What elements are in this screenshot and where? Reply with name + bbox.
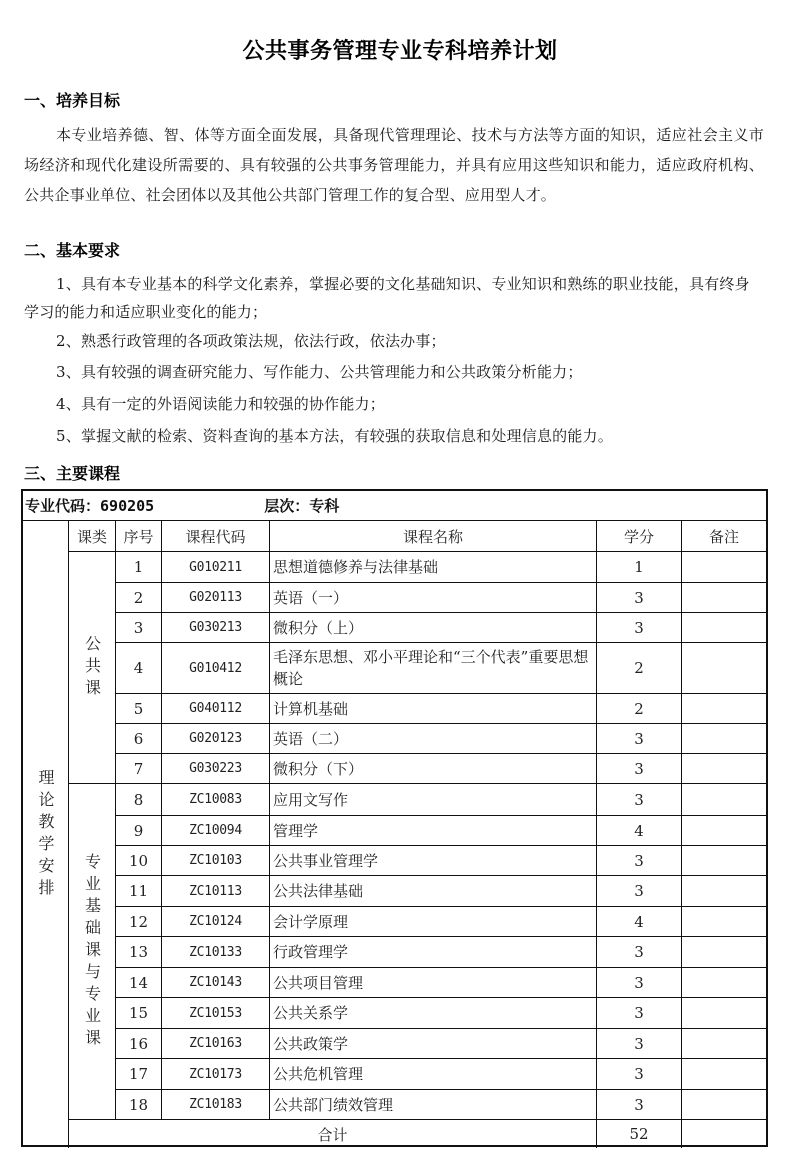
row-name: 公共关系学 <box>270 998 597 1029</box>
row-name: 应用文写作 <box>270 784 597 816</box>
row-code: ZC10083 <box>162 784 270 816</box>
row-name: 公共部门绩效管理 <box>270 1090 597 1120</box>
row-name: 公共项目管理 <box>270 968 597 998</box>
row-no: 5 <box>116 694 162 724</box>
row-credit: 3 <box>597 724 682 754</box>
row-note <box>682 694 766 724</box>
course-table: 专业代码： 690205 层次： 专科 课类序号课程代码课程名称学分备注1G01… <box>21 489 768 1147</box>
requirement-item: 4、具有一定的外语阅读能力和较强的协作能力； <box>24 390 764 418</box>
row-note <box>682 998 766 1029</box>
row-name: 毛泽东思想、邓小平理论和“三个代表”重要思想概论 <box>270 643 597 694</box>
row-name: 微积分（上） <box>270 613 597 643</box>
row-note <box>682 816 766 846</box>
total-credit: 52 <box>597 1120 682 1148</box>
row-code: ZC10163 <box>162 1029 270 1059</box>
total-label: 合计 <box>69 1120 597 1148</box>
requirement-item: 1、具有本专业基本的科学文化素养，掌握必要的文化基础知识、专业知识和熟练的职业技… <box>24 270 764 326</box>
header-category: 课类 <box>69 521 116 552</box>
section-heading-goals: 一、培养目标 <box>24 88 120 111</box>
row-credit: 3 <box>597 583 682 613</box>
row-name: 公共法律基础 <box>270 876 597 907</box>
row-no: 10 <box>116 846 162 876</box>
row-name: 公共危机管理 <box>270 1059 597 1090</box>
row-note <box>682 846 766 876</box>
row-name: 思想道德修养与法律基础 <box>270 552 597 583</box>
row-no: 13 <box>116 937 162 968</box>
row-note <box>682 1059 766 1090</box>
category-label: 公共课 <box>81 635 104 701</box>
row-credit: 3 <box>597 876 682 907</box>
section-heading-requirements: 二、基本要求 <box>24 238 120 261</box>
row-no: 3 <box>116 613 162 643</box>
row-no: 15 <box>116 998 162 1029</box>
row-note <box>682 1029 766 1059</box>
page-title: 公共事务管理专业专科培养计划 <box>0 34 800 65</box>
row-note <box>682 754 766 784</box>
row-credit: 3 <box>597 613 682 643</box>
row-note <box>682 968 766 998</box>
row-code: G010412 <box>162 643 270 694</box>
row-name: 会计学原理 <box>270 907 597 937</box>
row-code: ZC10124 <box>162 907 270 937</box>
row-credit: 3 <box>597 754 682 784</box>
row-code: ZC10094 <box>162 816 270 846</box>
row-note <box>682 643 766 694</box>
level-value: 专科 <box>309 495 339 516</box>
section-label-cell: 理论教学安排 <box>23 521 69 1148</box>
row-code: G030223 <box>162 754 270 784</box>
category-cell: 公共课 <box>69 552 116 784</box>
table-info-row: 专业代码： 690205 层次： 专科 <box>23 491 766 521</box>
row-credit: 2 <box>597 694 682 724</box>
level-label: 层次： <box>264 495 309 516</box>
row-no: 1 <box>116 552 162 583</box>
row-no: 16 <box>116 1029 162 1059</box>
row-note <box>682 583 766 613</box>
row-credit: 3 <box>597 846 682 876</box>
row-credit: 2 <box>597 643 682 694</box>
row-credit: 3 <box>597 937 682 968</box>
row-code: ZC10153 <box>162 998 270 1029</box>
row-no: 8 <box>116 784 162 816</box>
row-code: G020113 <box>162 583 270 613</box>
row-credit: 4 <box>597 907 682 937</box>
major-code-value: 690205 <box>100 497 154 515</box>
row-note <box>682 724 766 754</box>
row-name: 公共政策学 <box>270 1029 597 1059</box>
row-no: 17 <box>116 1059 162 1090</box>
section-heading-courses: 三、主要课程 <box>24 461 120 484</box>
row-code: ZC10103 <box>162 846 270 876</box>
row-code: G020123 <box>162 724 270 754</box>
requirement-item: 2、熟悉行政管理的各项政策法规，依法行政，依法办事； <box>24 327 764 355</box>
row-no: 2 <box>116 583 162 613</box>
row-credit: 3 <box>597 1059 682 1090</box>
major-code-label: 专业代码： <box>25 495 100 516</box>
row-name: 英语（一） <box>270 583 597 613</box>
section-label: 理论教学安排 <box>34 769 57 901</box>
category-cell: 专业基础课与专业课 <box>69 784 116 1120</box>
row-note <box>682 876 766 907</box>
row-code: ZC10143 <box>162 968 270 998</box>
row-no: 7 <box>116 754 162 784</box>
row-note <box>682 937 766 968</box>
row-no: 4 <box>116 643 162 694</box>
row-note <box>682 613 766 643</box>
row-name: 公共事业管理学 <box>270 846 597 876</box>
row-no: 6 <box>116 724 162 754</box>
row-credit: 3 <box>597 784 682 816</box>
row-name: 行政管理学 <box>270 937 597 968</box>
row-credit: 3 <box>597 998 682 1029</box>
row-credit: 1 <box>597 552 682 583</box>
row-note <box>682 784 766 816</box>
row-note <box>682 552 766 583</box>
row-credit: 3 <box>597 1029 682 1059</box>
row-name: 管理学 <box>270 816 597 846</box>
row-credit: 3 <box>597 968 682 998</box>
row-no: 14 <box>116 968 162 998</box>
row-code: ZC10183 <box>162 1090 270 1120</box>
row-name: 计算机基础 <box>270 694 597 724</box>
row-code: G030213 <box>162 613 270 643</box>
category-label: 专业基础课与专业课 <box>81 853 104 1051</box>
row-name: 英语（二） <box>270 724 597 754</box>
row-code: ZC10173 <box>162 1059 270 1090</box>
row-credit: 4 <box>597 816 682 846</box>
header-credit: 学分 <box>597 521 682 552</box>
requirement-item: 3、具有较强的调查研究能力、写作能力、公共管理能力和公共政策分析能力； <box>24 358 764 386</box>
header-no: 序号 <box>116 521 162 552</box>
row-no: 12 <box>116 907 162 937</box>
row-no: 11 <box>116 876 162 907</box>
header-note: 备注 <box>682 521 766 552</box>
row-credit: 3 <box>597 1090 682 1120</box>
row-note <box>682 1090 766 1120</box>
header-name: 课程名称 <box>270 521 597 552</box>
row-code: ZC10113 <box>162 876 270 907</box>
goals-paragraph: 本专业培养德、智、体等方面全面发展，具备现代管理理论、技术与方法等方面的知识，适… <box>24 120 764 210</box>
row-code: G040112 <box>162 694 270 724</box>
row-code: G010211 <box>162 552 270 583</box>
row-name: 微积分（下） <box>270 754 597 784</box>
row-no: 18 <box>116 1090 162 1120</box>
row-no: 9 <box>116 816 162 846</box>
requirement-item: 5、掌握文献的检索、资料查询的基本方法，有较强的获取信息和处理信息的能力。 <box>24 422 764 450</box>
row-note <box>682 907 766 937</box>
total-note <box>682 1120 766 1148</box>
header-code: 课程代码 <box>162 521 270 552</box>
row-code: ZC10133 <box>162 937 270 968</box>
